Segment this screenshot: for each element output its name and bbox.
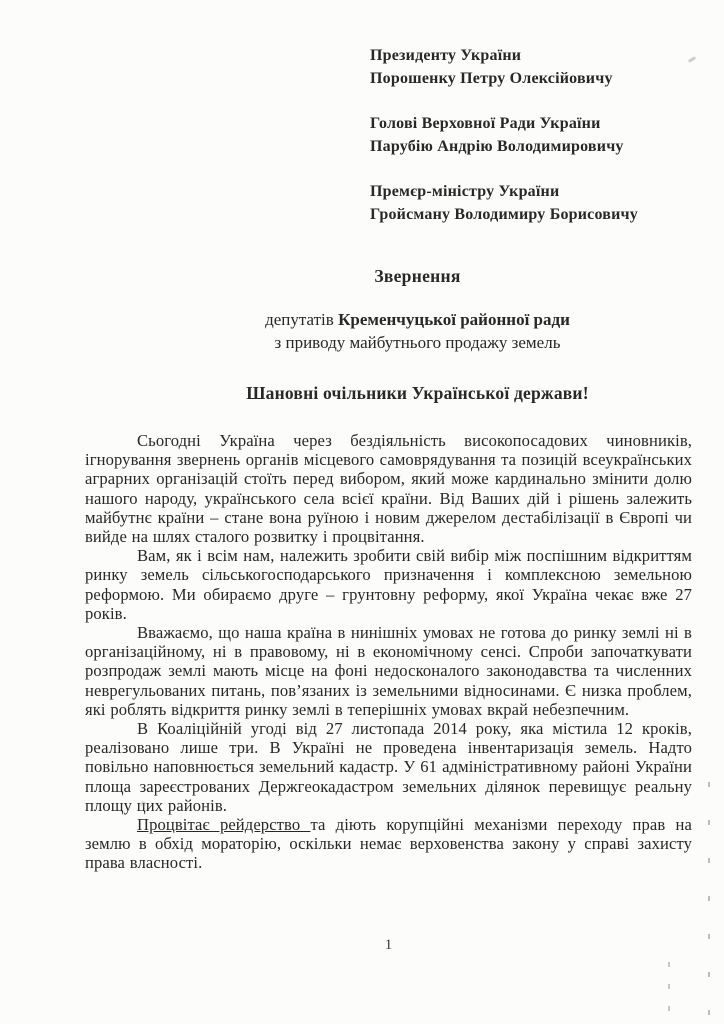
- addressee-line: Гройсману Володимиру Борисовичу: [370, 203, 638, 226]
- addressee-block: Президенту УкраїниПорошенку Петру Олексі…: [370, 44, 638, 248]
- scan-artifact-right-edge-lower: [668, 962, 670, 1024]
- scan-artifact-speck: [688, 56, 696, 63]
- body-paragraph: В Коаліційній угоді від 27 листопада 201…: [85, 719, 692, 815]
- document-page: Президенту УкраїниПорошенку Петру Олексі…: [0, 0, 724, 1024]
- addressee-line: Премєр-міністру України: [370, 180, 638, 203]
- body-paragraph: Вважаємо, що наша країна в нинішніх умов…: [85, 623, 692, 719]
- scan-artifact-right-edge: [708, 782, 710, 1024]
- paragraph-text: Сьогодні Україна через бездіяльність вис…: [85, 431, 692, 546]
- scan-artifact-dot: [140, 801, 146, 807]
- salutation: Шановні очільники Української держави!: [115, 383, 720, 404]
- addressee-group: Премєр-міністру УкраїниГройсману Володим…: [370, 180, 638, 226]
- addressee-line: Порошенку Петру Олексійовичу: [370, 67, 638, 90]
- addressee-line: Президенту України: [370, 44, 638, 67]
- body-paragraph: Вам, як і всім нам, належить зробити сві…: [85, 546, 692, 623]
- paragraph-text: В Коаліційній угоді від 27 листопада 201…: [85, 719, 692, 815]
- document-title: Звернення: [115, 266, 720, 287]
- subtitle-prefix: депутатів: [265, 310, 338, 329]
- addressee-group: Президенту УкраїниПорошенку Петру Олексі…: [370, 44, 638, 90]
- paragraph-text: Вважаємо, що наша країна в нинішніх умов…: [85, 623, 692, 719]
- body-paragraph: Процвітає рейдерство та діють корупційні…: [85, 815, 692, 873]
- addressee-line: Парубію Андрію Володимировичу: [370, 135, 638, 158]
- document-subtitle-line1: депутатів Кременчуцької районної ради: [115, 308, 720, 331]
- title-block: Звернення депутатів Кременчуцької районн…: [115, 266, 720, 404]
- paragraph-text: Вам, як і всім нам, належить зробити сві…: [85, 546, 692, 623]
- subtitle-council-name: Кременчуцької районної ради: [338, 310, 570, 329]
- addressee-line: Голові Верховної Ради України: [370, 112, 638, 135]
- page-number: 1: [85, 937, 692, 954]
- body-text: Сьогодні Україна через бездіяльність вис…: [85, 431, 692, 873]
- document-subtitle-line2: з приводу майбутнього продажу земель: [115, 331, 720, 354]
- addressee-group: Голові Верховної Ради УкраїниПарубію Анд…: [370, 112, 638, 158]
- body-paragraph: Сьогодні Україна через бездіяльність вис…: [85, 431, 692, 546]
- underlined-phrase: Процвітає рейдерство: [137, 815, 310, 834]
